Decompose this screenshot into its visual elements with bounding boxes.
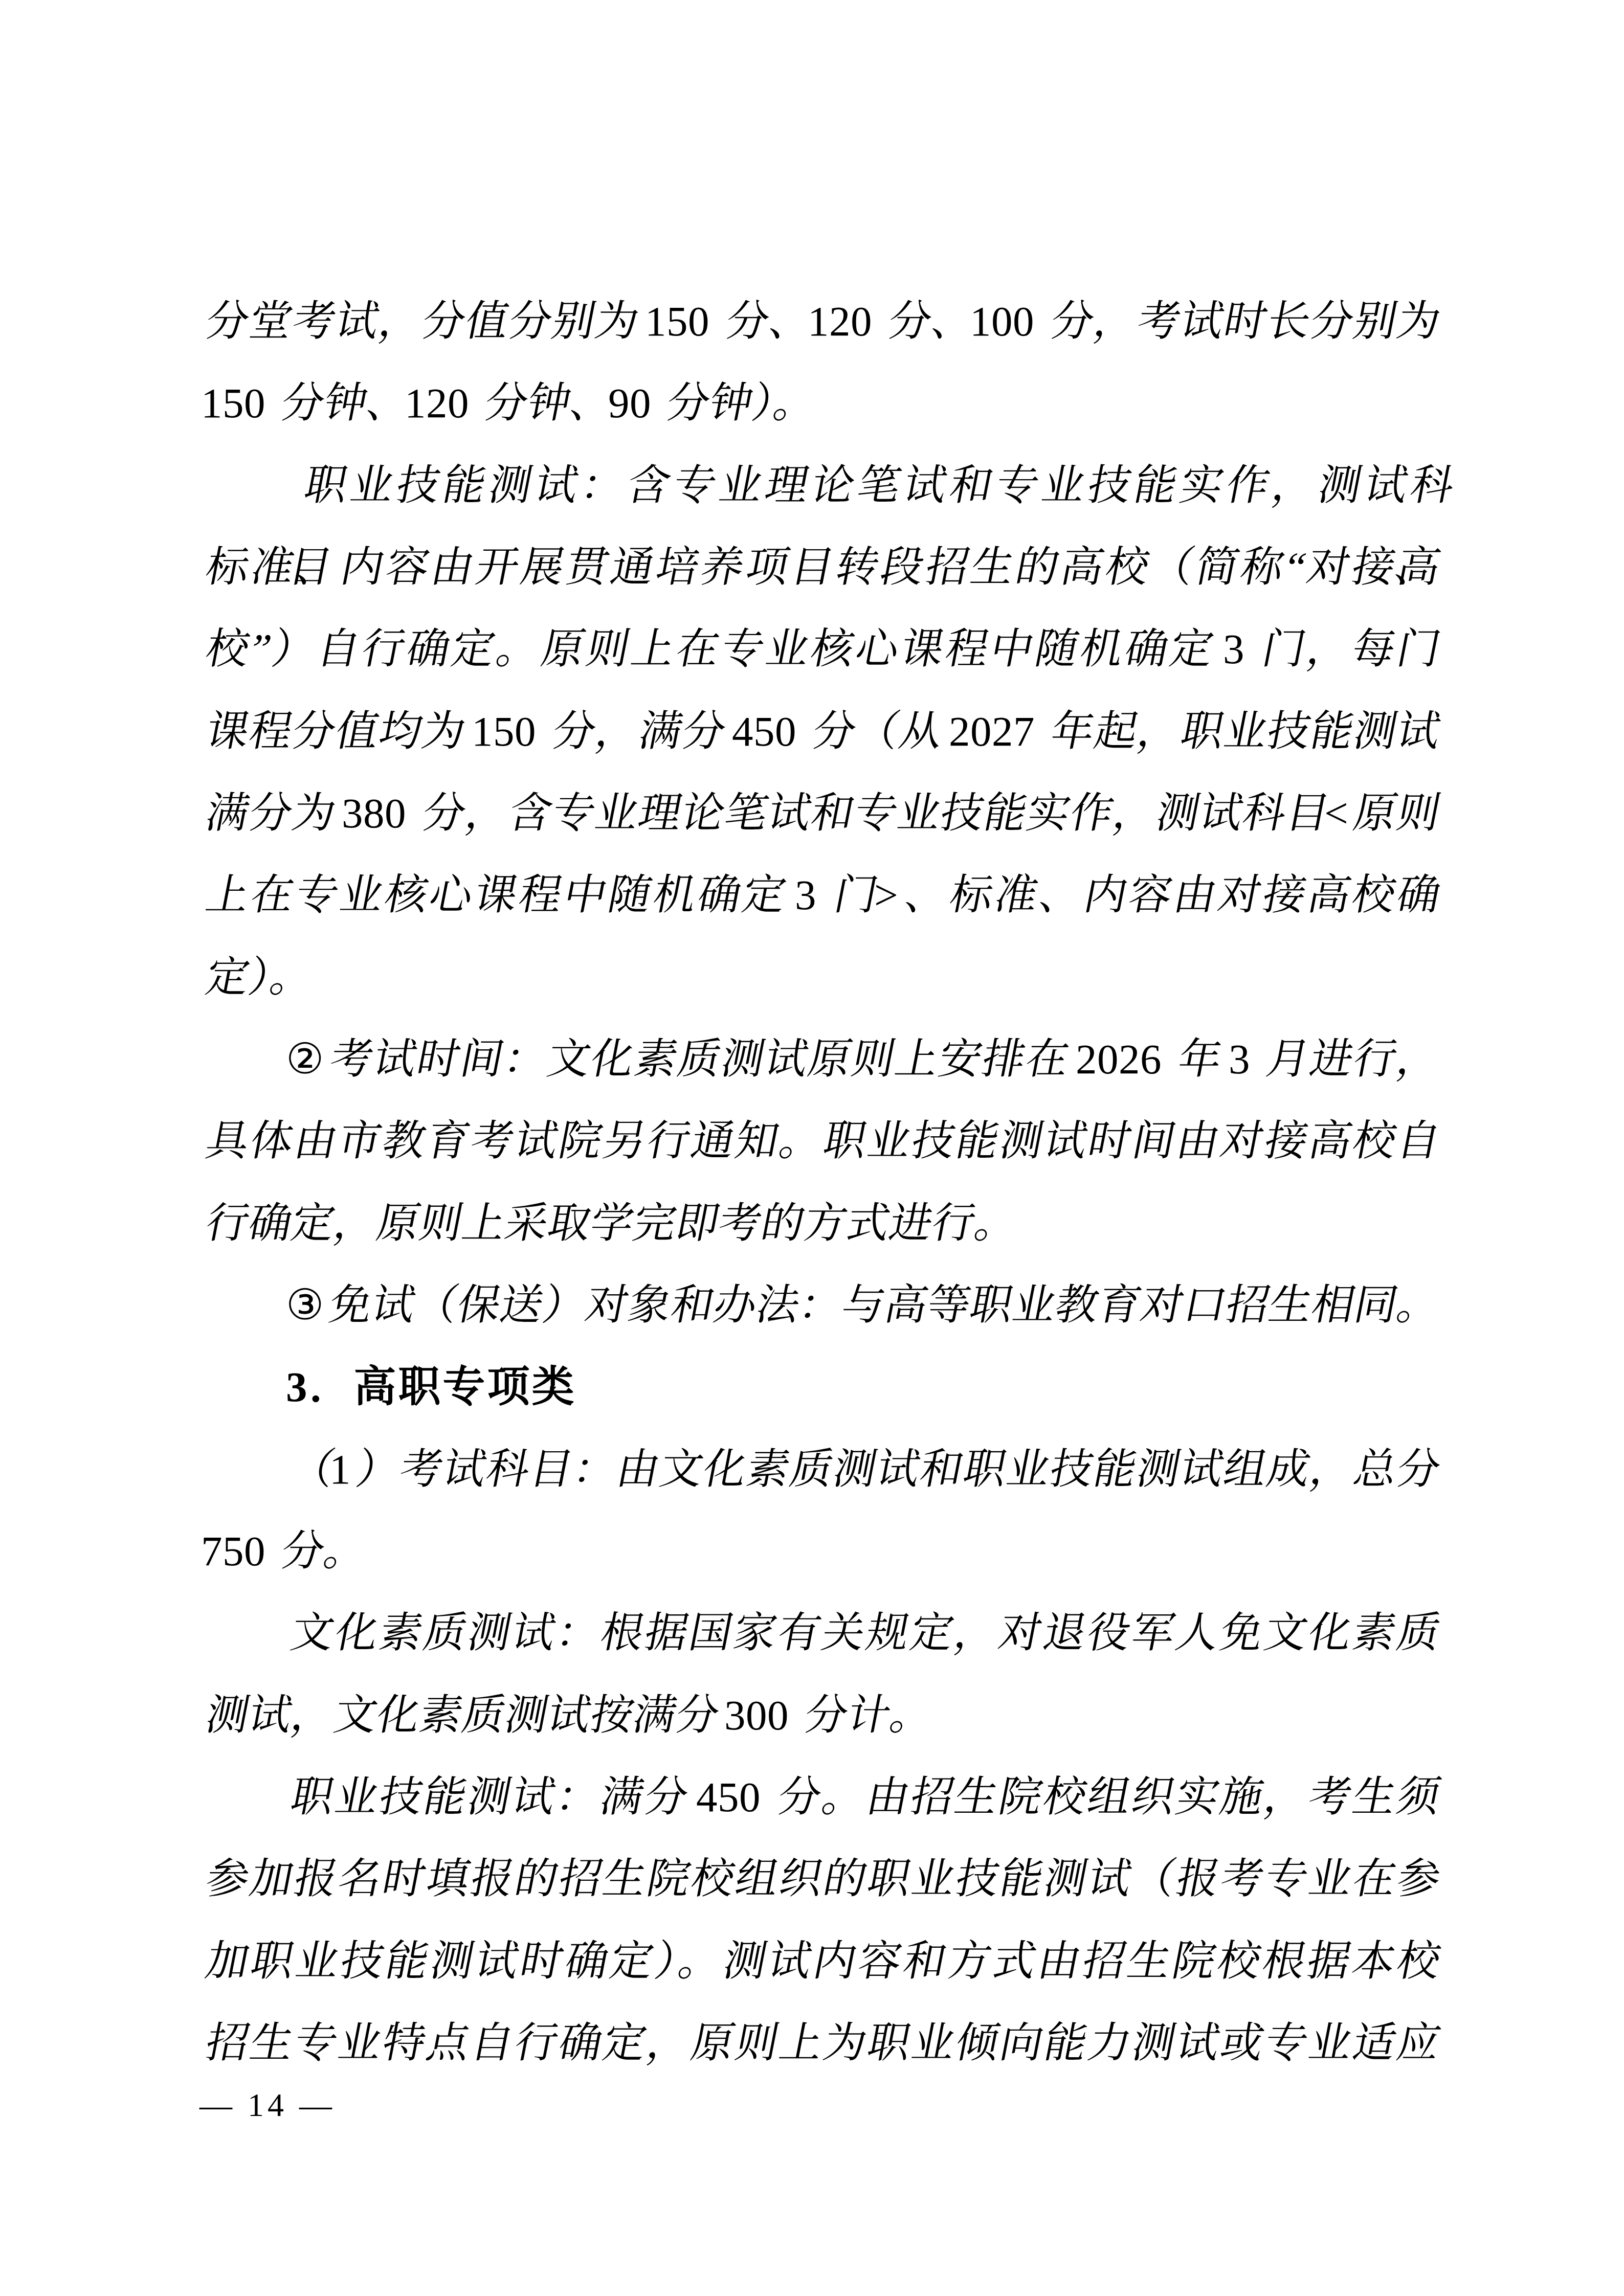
text-line-content: 分堂考试，分值分别为 150 分、120 分、100 分，考试时长分别为 bbox=[198, 280, 1448, 362]
upright-run: 3 bbox=[795, 854, 816, 936]
text-line: 课程分值均为 150 分，满分 450 分（从 2027 年起，职业技能测试 bbox=[201, 690, 1435, 772]
text-line-content: ③免试（保送）对象和办法：与高等职业教育对口招生相同。 bbox=[283, 1264, 1448, 1346]
text-line-content: 150 分钟、120 分钟、90 分钟）。 bbox=[198, 362, 1448, 444]
page-number: — 14 — bbox=[199, 2064, 336, 2146]
upright-run: 300 bbox=[724, 1674, 789, 1756]
document-page: 分堂考试，分值分别为 150 分、120 分、100 分，考试时长分别为150 … bbox=[0, 0, 1624, 2296]
text-line-content: 定）。 bbox=[198, 936, 1448, 1018]
upright-run: 3 bbox=[1223, 608, 1244, 690]
upright-run: 150 bbox=[201, 362, 265, 444]
upright-run: 90 bbox=[608, 362, 651, 444]
text-line: ③免试（保送）对象和办法：与高等职业教育对口招生相同。 bbox=[201, 1264, 1435, 1346]
text-line: （1）考试科目：由文化素质测试和职业技能测试组成，总分 bbox=[201, 1428, 1435, 1510]
page-body: 分堂考试，分值分别为 150 分、120 分、100 分，考试时长分别为150 … bbox=[201, 280, 1435, 2084]
upright-run: ② bbox=[286, 1018, 324, 1100]
text-line-content: 标准、内容由开展贯通培养项目转段招生的高校（简称“对接高 bbox=[198, 526, 1448, 608]
upright-run: 150 bbox=[472, 690, 536, 772]
text-line-content: 课程分值均为 150 分，满分 450 分（从 2027 年起，职业技能测试 bbox=[198, 690, 1448, 772]
text-line-content: 750 分。 bbox=[198, 1510, 1448, 1592]
upright-run: 450 bbox=[696, 1756, 761, 1838]
text-line-content: （1）考试科目：由文化素质测试和职业技能测试组成，总分 bbox=[283, 1428, 1448, 1510]
text-line-content: 3．高职专项类 bbox=[286, 1346, 1435, 1428]
text-line-content: 上在专业核心课程中随机确定 3 门>、标准、内容由对接高校确 bbox=[198, 854, 1448, 936]
text-line-content: 具体由市教育考试院另行通知。职业技能测试时间由对接高校自 bbox=[198, 1100, 1448, 1182]
text-line: 750 分。 bbox=[201, 1510, 1435, 1592]
text-line: 职业技能测试：满分 450 分。由招生院校组织实施，考生须 bbox=[201, 1756, 1435, 1838]
section-heading: 3．高职专项类 bbox=[201, 1346, 1435, 1428]
upright-run: 100 bbox=[970, 280, 1034, 362]
upright-run: > bbox=[874, 854, 898, 936]
upright-run: 3 bbox=[286, 1346, 309, 1428]
text-line: 招生专业特点自行确定，原则上为职业倾向能力测试或专业适应 bbox=[201, 2002, 1435, 2084]
text-line-content: 测试，文化素质测试按满分 300 分计。 bbox=[198, 1674, 1448, 1756]
text-line: 150 分钟、120 分钟、90 分钟）。 bbox=[201, 362, 1435, 444]
upright-run: 750 bbox=[201, 1510, 265, 1592]
upright-run: < bbox=[1324, 772, 1348, 854]
text-line-content: 职业技能测试：满分 450 分。由招生院校组织实施，考生须 bbox=[283, 1756, 1448, 1838]
text-line: 加职业技能测试时确定）。测试内容和方式由招生院校根据本校 bbox=[201, 1920, 1435, 2002]
upright-run: 380 bbox=[342, 772, 406, 854]
text-line: 上在专业核心课程中随机确定 3 门>、标准、内容由对接高校确 bbox=[201, 854, 1435, 936]
text-line-content: ②考试时间：文化素质测试原则上安排在 2026 年 3 月进行， bbox=[283, 1018, 1448, 1100]
text-line: 行确定，原则上采取学完即考的方式进行。 bbox=[201, 1182, 1435, 1264]
upright-run: 2027 bbox=[949, 690, 1035, 772]
text-line: ②考试时间：文化素质测试原则上安排在 2026 年 3 月进行， bbox=[201, 1018, 1435, 1100]
text-line: 参加报名时填报的招生院校组织的职业技能测试（报考专业在参 bbox=[201, 1838, 1435, 1920]
upright-run: 120 bbox=[808, 280, 872, 362]
text-line-content: 招生专业特点自行确定，原则上为职业倾向能力测试或专业适应 bbox=[198, 2002, 1448, 2084]
text-line-content: 参加报名时填报的招生院校组织的职业技能测试（报考专业在参 bbox=[198, 1838, 1448, 1920]
text-line: 满分为 380 分，含专业理论笔试和专业技能实作，测试科目<原则 bbox=[201, 772, 1435, 854]
text-line: 具体由市教育考试院另行通知。职业技能测试时间由对接高校自 bbox=[201, 1100, 1435, 1182]
upright-run: 3 bbox=[1229, 1018, 1250, 1100]
text-line-content: 加职业技能测试时确定）。测试内容和方式由招生院校根据本校 bbox=[198, 1920, 1448, 2002]
text-line: 分堂考试，分值分别为 150 分、120 分、100 分，考试时长分别为 bbox=[201, 280, 1435, 362]
text-line-content: 行确定，原则上采取学完即考的方式进行。 bbox=[198, 1182, 1448, 1264]
upright-run: ③ bbox=[286, 1264, 324, 1346]
upright-run: 120 bbox=[405, 362, 469, 444]
text-line-content: 校”）自行确定。原则上在专业核心课程中随机确定 3 门，每门 bbox=[198, 608, 1448, 690]
text-line: 校”）自行确定。原则上在专业核心课程中随机确定 3 门，每门 bbox=[201, 608, 1435, 690]
upright-run: 150 bbox=[645, 280, 709, 362]
text-line: 测试，文化素质测试按满分 300 分计。 bbox=[201, 1674, 1435, 1756]
text-line: 职业技能测试：含专业理论笔试和专业技能实作，测试科目、 bbox=[201, 444, 1435, 526]
text-line: 文化素质测试：根据国家有关规定，对退役军人免文化素质 bbox=[201, 1592, 1435, 1674]
upright-run: 1 bbox=[329, 1428, 351, 1510]
text-line-content: 满分为 380 分，含专业理论笔试和专业技能实作，测试科目<原则 bbox=[198, 772, 1448, 854]
text-line-content: 文化素质测试：根据国家有关规定，对退役军人免文化素质 bbox=[283, 1592, 1448, 1674]
text-line: 定）。 bbox=[201, 936, 1435, 1018]
text-line: 标准、内容由开展贯通培养项目转段招生的高校（简称“对接高 bbox=[201, 526, 1435, 608]
upright-run: 2026 bbox=[1076, 1018, 1162, 1100]
upright-run: 450 bbox=[732, 690, 796, 772]
